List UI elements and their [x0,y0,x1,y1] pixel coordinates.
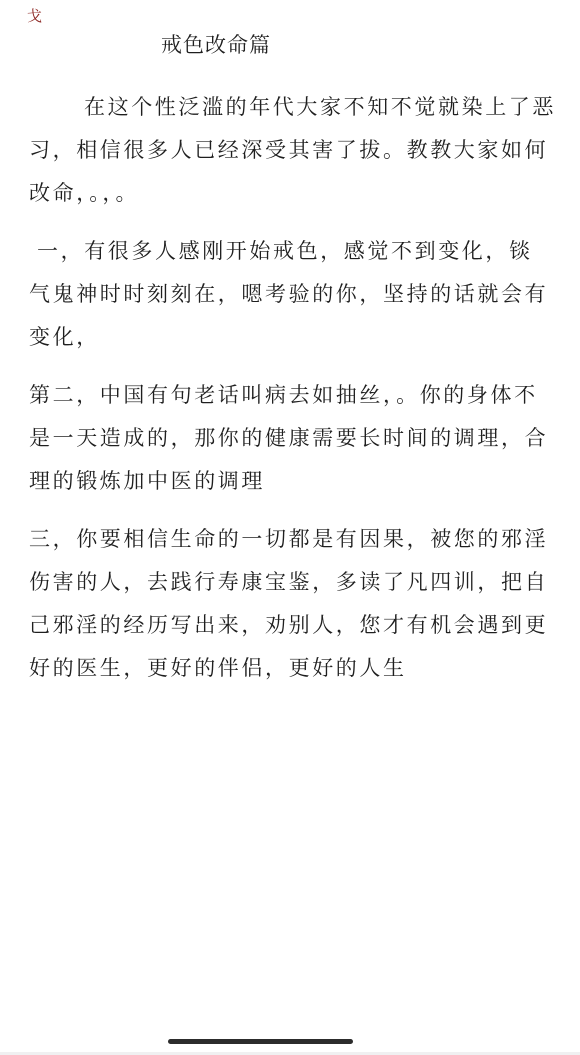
paragraph-point-2: 第二，中国有句老话叫病去如抽丝，。你的身体不 是一天造成的，那你的健康需要长时间… [29,374,553,503]
text-line: 理的锻炼加中医的调理 [29,460,553,503]
text-line: 第二，中国有句老话叫病去如抽丝，。你的身体不 [29,374,553,417]
text-line: 是一天造成的，那你的健康需要长时间的调理，合 [29,417,553,460]
text-line: 伤害的人，去践行寿康宝鉴，多读了凡四训，把自 [29,561,553,604]
paragraph-intro: 在这个性泛滥的年代大家不知不觉就染上了恶 习，相信很多人已经深受其害了拔。教教大… [29,86,553,215]
text-line: 在这个性泛滥的年代大家不知不觉就染上了恶 [29,86,553,129]
paragraph-point-1: 一，有很多人感刚开始戒色，感觉不到变化，锬 气鬼神时时刻刻在，嗯考验的你，坚持的… [29,230,553,359]
text-line: 改命，。，。 [29,172,553,215]
page-title: 戒色改命篇 [161,31,271,59]
home-indicator-handle[interactable] [168,1039,353,1044]
document-body: 在这个性泛滥的年代大家不知不觉就染上了恶 习，相信很多人已经深受其害了拔。教教大… [29,86,553,705]
paragraph-point-3: 三，你要相信生命的一切都是有因果，被您的邪淫 伤害的人，去践行寿康宝鉴，多读了凡… [29,518,553,690]
text-line: 三，你要相信生命的一切都是有因果，被您的邪淫 [29,518,553,561]
text-line: 好的医生，更好的伴侣，更好的人生 [29,647,553,690]
text-line: 变化， [29,316,553,359]
text-line: 气鬼神时时刻刻在，嗯考验的你，坚持的话就会有 [29,273,553,316]
document-page: 戈 戒色改命篇 在这个性泛滥的年代大家不知不觉就染上了恶 习，相信很多人已经深受… [0,0,580,1055]
corner-watermark: 戈 [27,7,42,25]
text-line: 习，相信很多人已经深受其害了拔。教教大家如何 [29,129,553,172]
text-line: 己邪淫的经历写出来，劝别人，您才有机会遇到更 [29,604,553,647]
text-line: 一，有很多人感刚开始戒色，感觉不到变化，锬 [29,230,553,273]
